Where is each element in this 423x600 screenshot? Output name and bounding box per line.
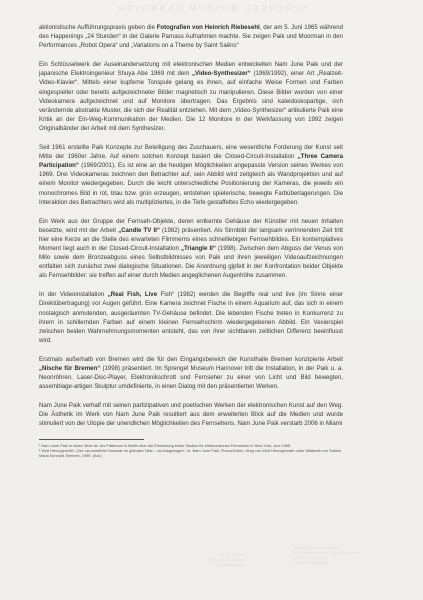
text-run: Nam June Paik verhalf mit seinen partizi… [39,402,343,427]
text-run: (1969/2001). Es ist eine an die heutigen… [39,162,343,205]
paragraph: Erstmals außerhalb von Bremen wird die f… [39,355,343,391]
paragraph: Nam June Paik verhalf mit seinen partizi… [39,401,343,428]
paragraph: Ein Werk aus der Gruppe der Fernseh-Obje… [39,217,343,281]
document-page: SPRENGEL MUSEUM HANNOVER aktionistische … [0,0,423,600]
text-run: Fish“ (1982) werden die Begriffe real un… [39,291,343,343]
paragraph: Ein Schlüsselwerk der Auseinandersetzung… [39,60,343,133]
artwork-title: Fotografien von Heinrich Riebesehl [157,24,260,31]
showthrough-line: Mo geschlossen [165,563,245,568]
showthrough-hours: Di 10 – 20 Uhr Mi bis So 10 – 18 Uhr Mo … [165,553,245,568]
artwork-title: „Triangle II“ [181,245,216,252]
footnote-2: ² Wulf Herzogenrath: „Der ost-westliche … [39,448,343,459]
showthrough-address: Sprengel Museum Hannover Kurt-Schwitters… [293,546,413,566]
paragraph-list: aktionistische Aufführungspraxis geben d… [39,23,343,429]
text-run: (1969/1992), einer Art „Realzeit-Video-K… [39,70,343,132]
showthrough-header: SPRENGEL MUSEUM HANNOVER [0,4,423,13]
paragraph: In der Videoinstallation „Real Fish, Liv… [39,290,343,345]
paragraph: Seit 1961 erstellte Paik Konzepte zur Be… [39,143,343,207]
text-run: Erstmals außerhalb von Bremen wird die f… [39,356,343,363]
artwork-title: „Video-Synthesizer“ [192,70,251,77]
showthrough-line: Fax 0511/168-45093 [293,561,413,566]
paragraph: aktionistische Aufführungspraxis geben d… [39,23,343,50]
footnote-divider [39,439,144,440]
text-run: In der Videoinstallation [39,291,108,298]
artwork-title: „Candle TV II“ [118,227,160,234]
text-run: aktionistische Aufführungspraxis geben d… [39,24,157,31]
artwork-title: „Nische für Bremen“ [39,365,100,372]
document-body: aktionistische Aufführungspraxis geben d… [39,23,343,458]
artwork-title: „Real Fish, Live [108,291,157,298]
